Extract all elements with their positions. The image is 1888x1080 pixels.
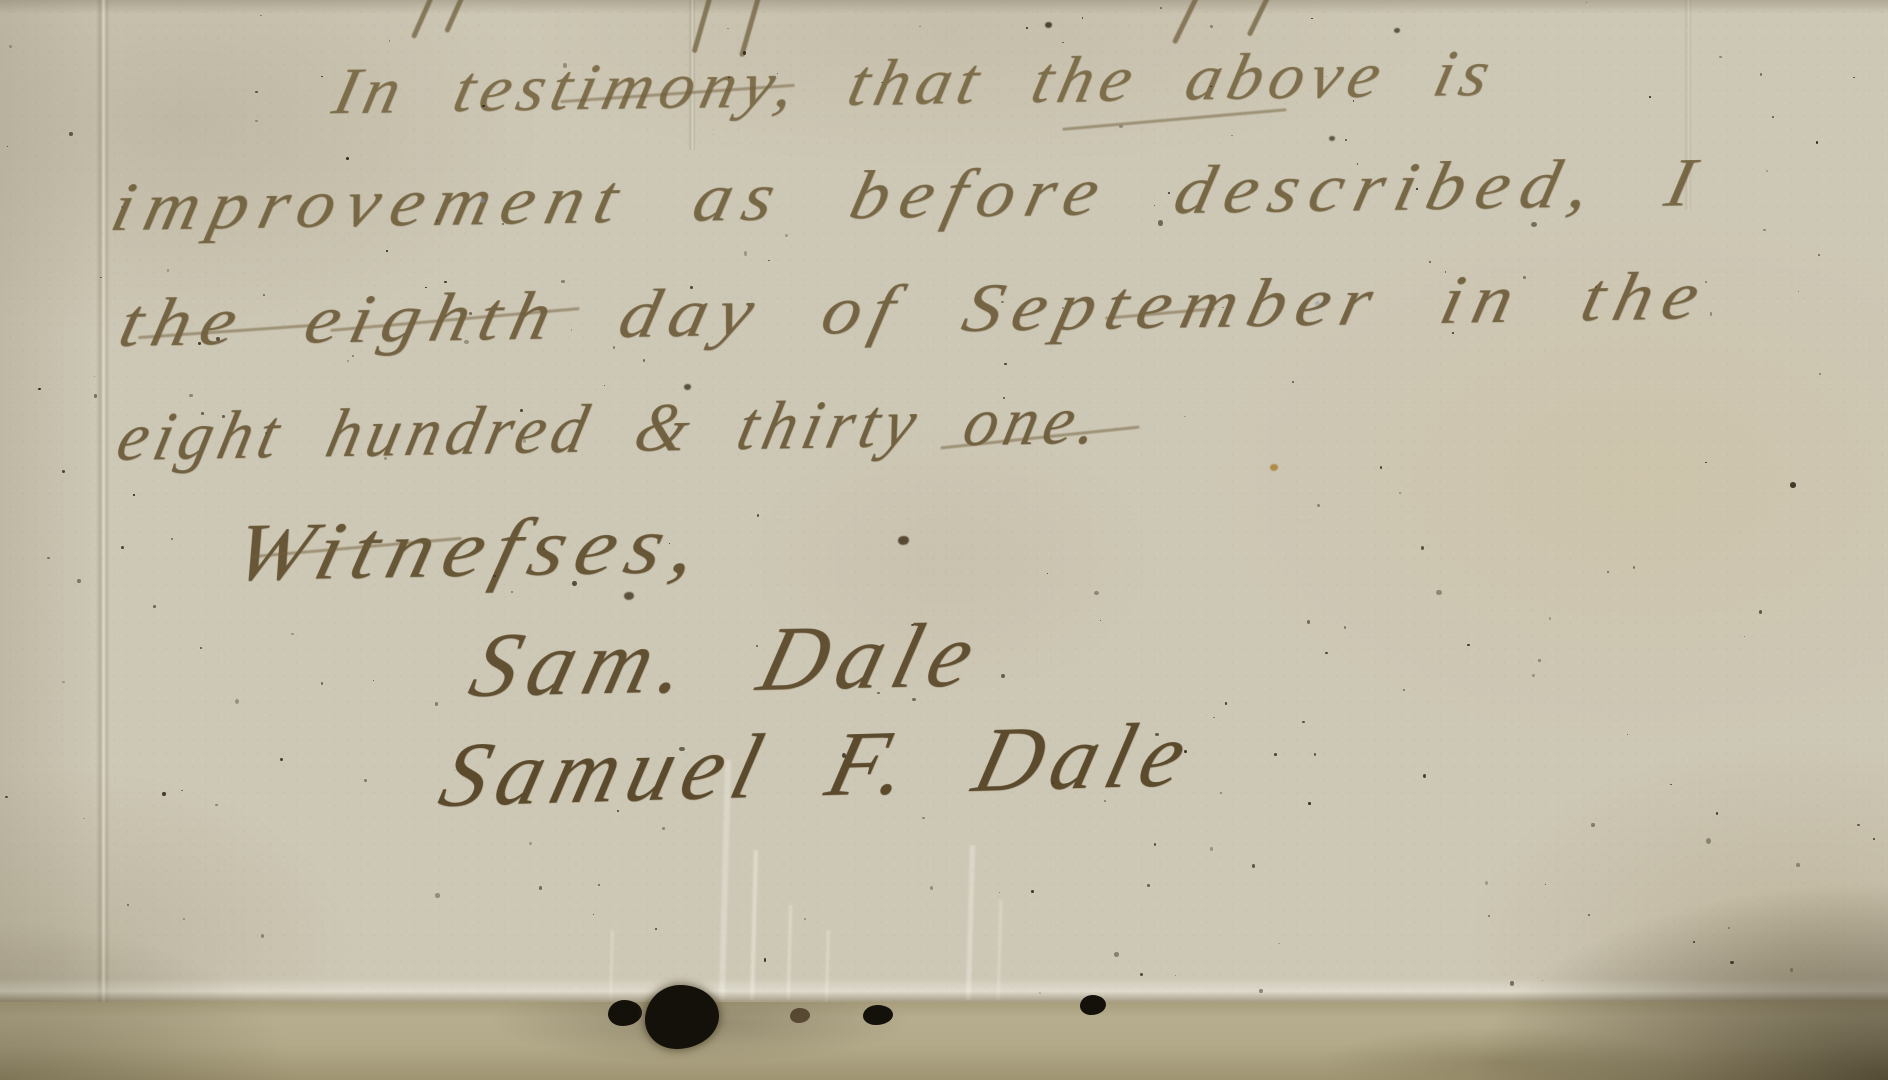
ink-speck: [181, 790, 183, 791]
ink-speck: [744, 251, 747, 255]
ink-speck: [1857, 824, 1859, 826]
ink-speck: [1532, 674, 1535, 677]
ink-speck: [1436, 590, 1442, 595]
ink-speck: [764, 958, 767, 961]
ink-speck: [1307, 620, 1310, 624]
ink-speck: [1004, 363, 1007, 366]
ink-speck: [255, 120, 258, 122]
ink-speck: [1154, 843, 1156, 845]
ink-speck: [1380, 466, 1382, 469]
ink-speck: [604, 385, 605, 386]
ink-speck: [1798, 291, 1799, 292]
ink-speck: [757, 514, 759, 517]
ink-speck: [1716, 812, 1718, 815]
ink-speck: [1818, 254, 1819, 255]
ink-speck: [373, 680, 374, 681]
ink-speck: [127, 904, 128, 905]
ink-speck: [1627, 734, 1628, 735]
ink-speck: [1705, 462, 1706, 464]
ink-speck: [1538, 659, 1541, 662]
manuscript-line-2: improvement as before described, I: [104, 143, 1713, 247]
ink-speck: [1633, 566, 1635, 568]
ink-speck: [235, 699, 239, 704]
ink-speck: [1314, 753, 1316, 756]
ink-speck: [593, 914, 594, 915]
ink-speck: [1225, 702, 1227, 705]
ink-speck: [121, 546, 124, 549]
ink-speck: [662, 827, 665, 830]
ink-speck: [389, 40, 390, 42]
ink-blot: [624, 592, 634, 600]
paper-left-shadow: [0, 0, 100, 1010]
ink-speck: [768, 260, 770, 261]
ink-speck: [1719, 56, 1722, 59]
ink-speck: [1399, 492, 1401, 494]
ink-speck: [1760, 73, 1763, 76]
signature-sam-dale: Sam. Dale: [460, 601, 995, 718]
ink-speck: [1094, 591, 1099, 595]
ink-speck: [1026, 27, 1028, 29]
ink-speck: [655, 928, 658, 930]
ink-speck: [1549, 617, 1551, 620]
ink-speck: [162, 792, 166, 796]
ink-speck: [1744, 636, 1745, 637]
ink-speck: [1796, 863, 1799, 867]
ink-speck: [1317, 504, 1319, 507]
ink-speck: [1344, 626, 1346, 629]
ink-speck: [435, 702, 438, 706]
ink-speck: [1670, 784, 1671, 785]
ink-speck: [1274, 753, 1277, 756]
ink-speck: [435, 893, 440, 898]
ink-speck: [1607, 571, 1609, 573]
ink-speck: [539, 886, 542, 890]
ink-speck: [643, 359, 646, 362]
ink-speck: [280, 758, 283, 761]
ink-speck: [1082, 17, 1083, 19]
ink-speck: [1031, 890, 1034, 893]
ink-speck: [386, 250, 388, 252]
manuscript-line-4: eight hundred & thirty one.: [110, 380, 1112, 477]
ink-speck: [364, 779, 367, 783]
ink-speck: [1403, 689, 1405, 691]
ink-speck: [171, 538, 173, 540]
ink-speck: [133, 494, 135, 495]
ink-speck: [1278, 943, 1280, 944]
witnesses-heading: Witnefses,: [224, 497, 718, 600]
ink-speck: [1591, 823, 1594, 827]
ink-speck: [1220, 792, 1222, 794]
ink-speck: [1790, 482, 1796, 487]
ink-speck: [1231, 135, 1232, 136]
ink-speck: [200, 647, 202, 649]
paper-top-shadow: [0, 0, 1888, 14]
manuscript-line-3: the eighth day of September in the: [112, 256, 1717, 363]
ink-speck: [167, 269, 170, 272]
ink-speck: [1819, 373, 1821, 375]
manuscript-photo: In testimony, that the above is improvem…: [0, 0, 1888, 1080]
ink-speck: [215, 804, 218, 807]
ink-speck: [1184, 416, 1186, 418]
ink-speck: [1853, 77, 1855, 78]
ink-speck: [1816, 141, 1819, 144]
ink-blot: [1329, 136, 1335, 141]
ink-blot: [1045, 22, 1052, 28]
vertical-fold-crease-left: [96, 0, 110, 1010]
ink-speck: [347, 360, 349, 362]
ink-speck: [291, 633, 294, 635]
ink-speck: [255, 91, 258, 93]
ink-speck: [321, 76, 324, 78]
ink-speck: [1147, 884, 1150, 887]
ink-speck: [1302, 721, 1304, 723]
ink-speck: [1649, 96, 1650, 98]
ink-speck: [727, 28, 728, 29]
ink-speck: [1047, 573, 1048, 574]
ink-speck: [1763, 229, 1766, 232]
ink-speck: [1001, 674, 1005, 678]
ink-speck: [1252, 864, 1255, 868]
ink-speck: [1772, 116, 1774, 118]
ink-speck: [1308, 802, 1311, 804]
ink-speck: [1210, 847, 1213, 851]
ink-blot: [898, 536, 909, 545]
ink-speck: [153, 605, 157, 608]
ink-speck: [598, 884, 601, 886]
ink-speck: [1140, 973, 1144, 976]
signature-samuel-f-dale: Samuel F. Dale: [430, 700, 1206, 828]
ink-speck: [999, 892, 1000, 893]
ink-speck: [1311, 18, 1313, 19]
ink-blot: [1394, 28, 1400, 33]
ink-speck: [1292, 381, 1294, 383]
ink-speck: [1706, 838, 1711, 844]
ink-speck: [1345, 139, 1347, 141]
ink-speck: [1873, 838, 1875, 840]
ink-speck: [1423, 774, 1426, 778]
ink-speck: [1175, 975, 1176, 977]
ink-speck: [1325, 652, 1327, 654]
ink-speck: [1100, 620, 1101, 622]
ink-speck: [1210, 25, 1213, 28]
ink-speck: [930, 886, 933, 890]
bottom-right-shading: [1468, 880, 1888, 1080]
ink-speck: [260, 15, 262, 17]
ink-speck: [1766, 170, 1768, 172]
ink-speck: [922, 817, 924, 819]
ink-speck: [1119, 125, 1122, 129]
manuscript-line-1: In testimony, that the above is: [326, 35, 1503, 130]
ink-speck: [1213, 717, 1215, 718]
ink-speck: [1114, 952, 1119, 956]
ink-speck: [713, 134, 715, 135]
ink-speck: [321, 682, 323, 684]
ink-speck: [346, 157, 349, 160]
ink-speck: [1467, 644, 1470, 647]
ink-blot: [1270, 464, 1278, 471]
ink-speck: [1421, 546, 1424, 550]
ink-speck: [919, 26, 921, 27]
paper-stress-streak: [966, 845, 975, 1000]
ink-speck: [1759, 610, 1762, 614]
ink-speck: [1710, 312, 1713, 316]
ink-speck: [804, 918, 806, 920]
bottom-left-shading: [0, 920, 300, 1080]
ink-speck: [529, 842, 532, 845]
